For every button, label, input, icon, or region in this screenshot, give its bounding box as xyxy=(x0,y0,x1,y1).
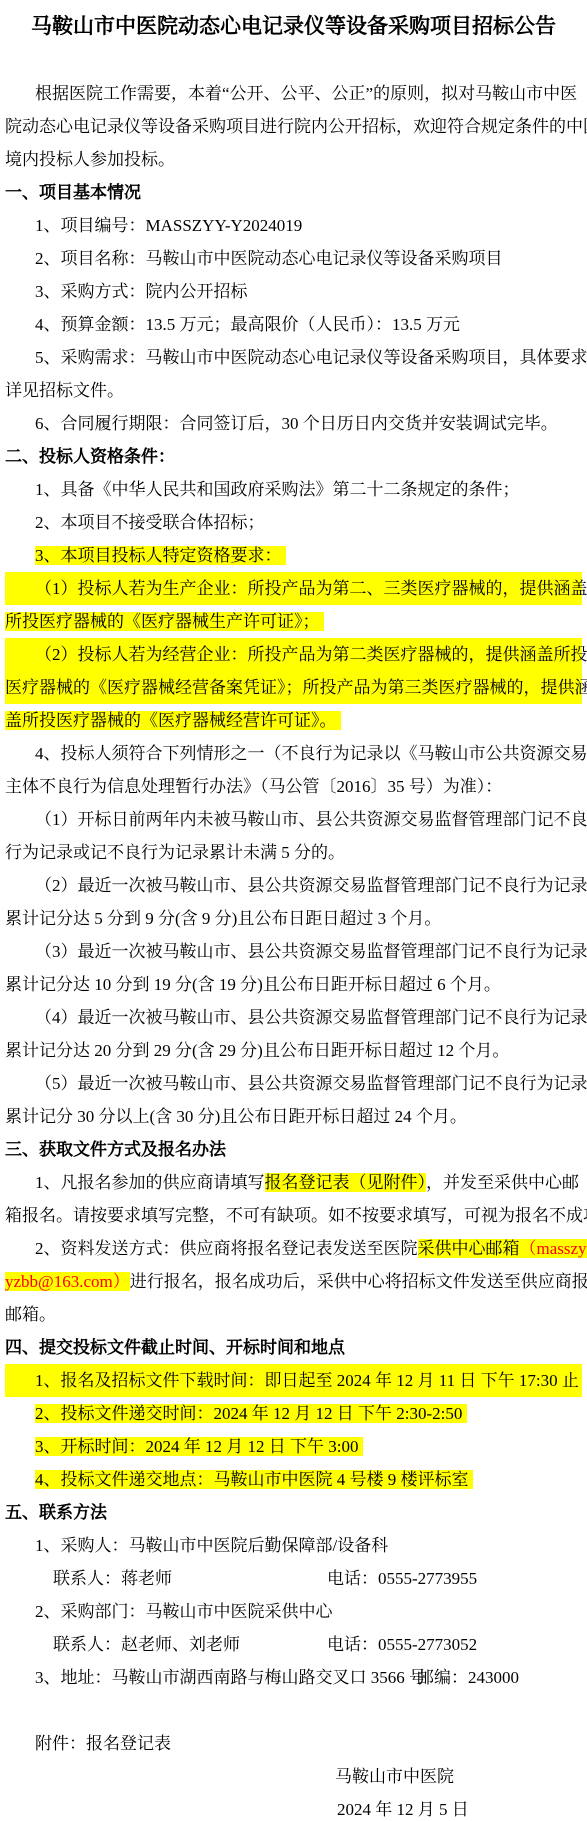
section-heading: 四、提交投标文件截止时间、开标时间和地点 xyxy=(5,1331,582,1364)
text-segment: 2、本项目不接受联合体招标； xyxy=(35,513,265,532)
text-segment: 院动态心电记录仪等设备采购项目进行院内公开招标，欢迎符合规定条件的中国 xyxy=(5,117,587,136)
text-segment: 1、凡报名参加的供应商请填写 xyxy=(35,1173,265,1192)
highlighted-text: 盖所投医疗器械的《医疗器械经营许可证》。 xyxy=(5,711,341,730)
doc-line: （5）最近一次被马鞍山市、县公共资源交易监督管理部门记不良行为记录 xyxy=(5,1067,582,1100)
text-segment: 附件：报名登记表 xyxy=(35,1734,171,1753)
text-segment: 医疗器械的《医疗器械经营备案凭证》；所投产品为第三类医疗器械的，提供涵 xyxy=(5,678,587,697)
doc-line: 2、投标文件递交时间：2024 年 12 月 12 日 下午 2:30-2:50 xyxy=(5,1397,582,1430)
text-segment: 2、资料发送方式：供应商将报名登记表发送至医院 xyxy=(35,1239,418,1258)
text-segment: 电话：0555-2773052 xyxy=(327,1628,477,1661)
text-segment: 箱报名。请按要求填写完整，不可有缺项。如不按要求填写，可视为报名不成功。 xyxy=(5,1206,587,1225)
highlighted-text: 所投医疗器械的《医疗器械生产许可证》； xyxy=(5,612,324,631)
text-segment: 境内投标人参加投标。 xyxy=(5,150,175,169)
highlighted-text: 3、开标时间：2024 年 12 月 12 日 下午 3:00 xyxy=(35,1437,363,1456)
text-segment: 邮箱。 xyxy=(5,1305,56,1324)
text-segment: 一、项目基本情况 xyxy=(5,183,141,202)
text-segment: 3、采购方式：院内公开招标 xyxy=(35,282,248,301)
highlighted-text: 3、本项目投标人特定资格要求： xyxy=(35,546,286,565)
doc-line: 所投医疗器械的《医疗器械生产许可证》； xyxy=(5,605,582,638)
doc-line: （2）最近一次被马鞍山市、县公共资源交易监督管理部门记不良行为记录 xyxy=(5,869,582,902)
doc-line: yzbb@163.com）进行报名，报名成功后，采供中心将招标文件发送至供应商报… xyxy=(5,1265,582,1298)
text-segment: 行为记录或记不良行为记录累计未满 5 分的。 xyxy=(5,843,345,862)
text-segment: 2024 年 12 月 5 日 xyxy=(337,1793,469,1821)
doc-line: 3、开标时间：2024 年 12 月 12 日 下午 3:00 xyxy=(5,1430,582,1463)
text-segment: （3）最近一次被马鞍山市、县公共资源交易监督管理部门记不良行为记录 xyxy=(35,942,587,961)
doc-line: （3）最近一次被马鞍山市、县公共资源交易监督管理部门记不良行为记录 xyxy=(5,935,582,968)
doc-line: 1、具备《中华人民共和国政府采购法》第二十二条规定的条件； xyxy=(5,473,582,506)
text-segment: 联系人：蒋老师 xyxy=(53,1569,172,1588)
doc-line: 1、采购人：马鞍山市中医院后勤保障部/设备科 xyxy=(5,1529,582,1562)
text-segment: 根据医院工作需要，本着“公开、公平、公正”的原则，拟对马鞍山市中医 xyxy=(35,84,577,103)
email-address-text: （masszy xyxy=(520,1239,587,1258)
text-segment: （4）最近一次被马鞍山市、县公共资源交易监督管理部门记不良行为记录 xyxy=(35,1008,587,1027)
doc-line: 累计记分达 20 分到 29 分(含 29 分)且公布日距开标日超过 12 个月… xyxy=(5,1034,582,1067)
text-segment: 四、提交投标文件截止时间、开标时间和地点 xyxy=(5,1338,345,1357)
text-segment: 累计记分达 20 分到 29 分(含 29 分)且公布日距开标日超过 12 个月… xyxy=(5,1041,509,1060)
text-segment: （2）投标人若为经营企业：所投产品为第二类医疗器械的，提供涵盖所投 xyxy=(35,645,587,664)
section-heading: 五、联系方法 xyxy=(5,1496,582,1529)
doc-line: 3、地址：马鞍山市湖西南路与梅山路交叉口 3566 号邮编：243000 xyxy=(5,1661,582,1694)
doc-line: （4）最近一次被马鞍山市、县公共资源交易监督管理部门记不良行为记录 xyxy=(5,1001,582,1034)
doc-line: 2024 年 12 月 5 日 xyxy=(5,1793,582,1821)
text-segment: 电话：0555-2773955 xyxy=(327,1562,477,1595)
doc-line: （2）投标人若为经营企业：所投产品为第二类医疗器械的，提供涵盖所投 xyxy=(5,638,582,671)
doc-line: 联系人：蒋老师电话：0555-2773955 xyxy=(5,1562,582,1595)
doc-line: 医疗器械的《医疗器械经营备案凭证》；所投产品为第三类医疗器械的，提供涵 xyxy=(5,671,582,704)
text-segment: 详见招标文件。 xyxy=(5,381,124,400)
section-heading: 二、投标人资格条件： xyxy=(5,440,582,473)
text-segment: 1、项目编号：MASSZYY-Y2024019 xyxy=(35,216,302,235)
doc-line: 附件：报名登记表 xyxy=(5,1727,582,1760)
text-segment: 2、项目名称：马鞍山市中医院动态心电记录仪等设备采购项目 xyxy=(35,249,503,268)
announcement-page: 马鞍山市中医院动态心电记录仪等设备采购项目招标公告 根据医院工作需要，本着“公开… xyxy=(0,0,587,1821)
doc-line: （1）投标人若为生产企业：所投产品为第二、三类医疗器械的，提供涵盖 xyxy=(5,572,582,605)
doc-line: 2、本项目不接受联合体招标； xyxy=(5,506,582,539)
text-segment: 1、具备《中华人民共和国政府采购法》第二十二条规定的条件； xyxy=(35,480,520,499)
text-segment: 主体不良行为信息处理暂行办法》（马公管〔2016〕35 号）为准）： xyxy=(5,777,502,796)
doc-line: 1、报名及招标文件下载时间：即日起至 2024 年 12 月 11 日 下午 1… xyxy=(5,1364,582,1397)
doc-line: 6、合同履行期限：合同签订后，30 个日历日内交货并安装调试完毕。 xyxy=(5,407,582,440)
text-segment: 三、获取文件方式及报名办法 xyxy=(5,1140,226,1159)
text-segment: 1、报名及招标文件下载时间：即日起至 2024 年 12 月 11 日 下午 1… xyxy=(35,1371,579,1390)
text-segment: 5、采购需求：马鞍山市中医院动态心电记录仪等设备采购项目，具体要求 xyxy=(35,348,587,367)
doc-line: 1、项目编号：MASSZYY-Y2024019 xyxy=(5,209,582,242)
doc-line: （1）开标日前两年内未被马鞍山市、县公共资源交易监督管理部门记不良 xyxy=(5,803,582,836)
doc-line: 4、投标人须符合下列情形之一（不良行为记录以《马鞍山市公共资源交易 xyxy=(5,737,582,770)
doc-line xyxy=(5,1694,582,1727)
doc-line: 主体不良行为信息处理暂行办法》（马公管〔2016〕35 号）为准）： xyxy=(5,770,582,803)
section-heading: 一、项目基本情况 xyxy=(5,176,582,209)
doc-line: 院动态心电记录仪等设备采购项目进行院内公开招标，欢迎符合规定条件的中国 xyxy=(5,110,582,143)
section-heading: 三、获取文件方式及报名办法 xyxy=(5,1133,582,1166)
text-segment: （2）最近一次被马鞍山市、县公共资源交易监督管理部门记不良行为记录 xyxy=(35,876,587,895)
text-segment: 6、合同履行期限：合同签订后，30 个日历日内交货并安装调试完毕。 xyxy=(35,414,558,433)
text-segment: 累计记分达 10 分到 19 分(含 19 分)且公布日距开标日超过 6 个月。 xyxy=(5,975,501,994)
text-segment: 1、采购人：马鞍山市中医院后勤保障部/设备科 xyxy=(35,1536,388,1555)
text-segment: 进行报名，报名成功后，采供中心将招标文件发送至供应商报名 xyxy=(130,1272,587,1291)
doc-line: 1、凡报名参加的供应商请填写报名登记表（见附件），并发至采供中心邮 xyxy=(5,1166,582,1199)
doc-line: 箱报名。请按要求填写完整，不可有缺项。如不按要求填写，可视为报名不成功。 xyxy=(5,1199,582,1232)
doc-line: 邮箱。 xyxy=(5,1298,582,1331)
text-segment: 4、投标人须符合下列情形之一（不良行为记录以《马鞍山市公共资源交易 xyxy=(35,744,587,763)
highlighted-text: 4、投标文件递交地点：马鞍山市中医院 4 号楼 9 楼评标室 xyxy=(35,1470,473,1489)
highlighted-text: 报名登记表（见附件） xyxy=(265,1173,427,1192)
doc-line: 详见招标文件。 xyxy=(5,374,582,407)
highlighted-text: 采供中心邮箱 xyxy=(418,1239,520,1258)
doc-line: 2、资料发送方式：供应商将报名登记表发送至医院采供中心邮箱（masszy xyxy=(5,1232,582,1265)
doc-line: 根据医院工作需要，本着“公开、公平、公正”的原则，拟对马鞍山市中医 xyxy=(5,77,582,110)
text-segment: 五、联系方法 xyxy=(5,1503,107,1522)
highlighted-text: 2、投标文件递交时间：2024 年 12 月 12 日 下午 2:30-2:50 xyxy=(35,1404,467,1423)
doc-line: 累计记分 30 分以上(含 30 分)且公布日距开标日超过 24 个月。 xyxy=(5,1100,582,1133)
text-segment: 4、预算金额：13.5 万元；最高限价（人民币）：13.5 万元 xyxy=(35,315,460,334)
doc-line: 行为记录或记不良行为记录累计未满 5 分的。 xyxy=(5,836,582,869)
doc-line: 4、预算金额：13.5 万元；最高限价（人民币）：13.5 万元 xyxy=(5,308,582,341)
doc-line: 5、采购需求：马鞍山市中医院动态心电记录仪等设备采购项目，具体要求 xyxy=(5,341,582,374)
text-segment: （1）投标人若为生产企业：所投产品为第二、三类医疗器械的，提供涵盖 xyxy=(35,579,587,598)
doc-line: 盖所投医疗器械的《医疗器械经营许可证》。 xyxy=(5,704,582,737)
text-segment: 马鞍山市中医院 xyxy=(335,1760,454,1793)
text-segment: （5）最近一次被马鞍山市、县公共资源交易监督管理部门记不良行为记录 xyxy=(35,1074,587,1093)
text-segment: 联系人：赵老师、刘老师 xyxy=(53,1635,240,1654)
text-segment: 2、采购部门：马鞍山市中医院采供中心 xyxy=(35,1602,333,1621)
doc-line: 3、本项目投标人特定资格要求： xyxy=(5,539,582,572)
doc-line: 3、采购方式：院内公开招标 xyxy=(5,275,582,308)
text-segment: 累计记分达 5 分到 9 分(含 9 分)且公布日距日超过 3 个月。 xyxy=(5,909,441,928)
doc-line: 联系人：赵老师、刘老师电话：0555-2773052 xyxy=(5,1628,582,1661)
doc-line: 2、项目名称：马鞍山市中医院动态心电记录仪等设备采购项目 xyxy=(5,242,582,275)
doc-line: 境内投标人参加投标。 xyxy=(5,143,582,176)
doc-line: 累计记分达 5 分到 9 分(含 9 分)且公布日距日超过 3 个月。 xyxy=(5,902,582,935)
text-segment: （1）开标日前两年内未被马鞍山市、县公共资源交易监督管理部门记不良 xyxy=(35,810,587,829)
doc-line: 4、投标文件递交地点：马鞍山市中医院 4 号楼 9 楼评标室 xyxy=(5,1463,582,1496)
text-segment: 3、地址：马鞍山市湖西南路与梅山路交叉口 3566 号 xyxy=(35,1668,426,1687)
doc-line: 累计记分达 10 分到 19 分(含 19 分)且公布日距开标日超过 6 个月。 xyxy=(5,968,582,1001)
text-segment: 二、投标人资格条件： xyxy=(5,447,175,466)
email-address-text: yzbb@163.com） xyxy=(5,1272,130,1291)
doc-line: 马鞍山市中医院 xyxy=(5,1760,582,1793)
text-segment: 邮编：243000 xyxy=(417,1661,519,1694)
text-segment: 累计记分 30 分以上(含 30 分)且公布日距开标日超过 24 个月。 xyxy=(5,1107,467,1126)
document-body: 根据医院工作需要，本着“公开、公平、公正”的原则，拟对马鞍山市中医院动态心电记录… xyxy=(0,77,587,1821)
text-segment: ，并发至采供中心邮 xyxy=(426,1173,579,1192)
doc-line: 2、采购部门：马鞍山市中医院采供中心 xyxy=(5,1595,582,1628)
page-title: 马鞍山市中医院动态心电记录仪等设备采购项目招标公告 xyxy=(0,0,587,46)
